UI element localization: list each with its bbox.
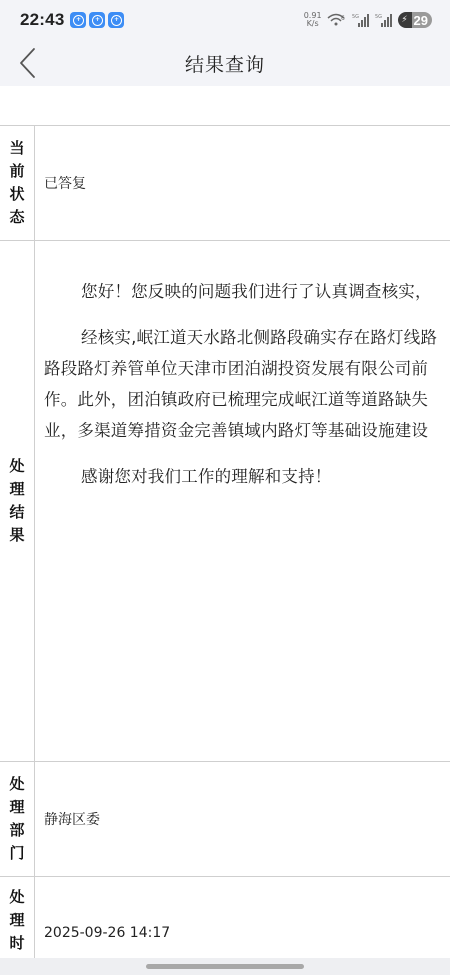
text-line: 路段路灯养管单位天津市团泊湖投资发展有限公司前: [44, 353, 450, 384]
text-line: 作。此外，团泊镇政府已梳理完成岷江道等道路缺失: [44, 384, 450, 415]
svg-text:5G: 5G: [375, 14, 382, 20]
label-char: 处: [9, 886, 24, 909]
status-value: 已答复: [35, 126, 450, 240]
label-char: 处: [9, 455, 24, 478]
label-char: 理: [9, 909, 24, 932]
battery-level: 29: [414, 13, 428, 28]
status-bar: 22:43 + + + 0.91 K/s 6 5G 5G ⚡ 29: [0, 0, 450, 40]
table-row-status: 当 前 状 态 已答复: [0, 126, 450, 241]
row-label-result: 处 理 结 果: [0, 241, 35, 761]
row-label-department: 处 理 部 门: [0, 762, 35, 876]
page-title: 结果查询: [185, 50, 265, 77]
svg-text:5G: 5G: [352, 14, 359, 20]
label-char: 处: [9, 773, 24, 796]
detail-table: 当 前 状 态 已答复 处 理 结 果 您好！您反映的问题我们进行了认真调查核实…: [0, 125, 450, 958]
cellular-signal-icon: 5G: [375, 13, 393, 27]
label-char: 部: [9, 819, 24, 842]
result-paragraph: 感谢您对我们工作的理解和支持！: [44, 461, 450, 492]
table-row-time: 处 理 时 2025-09-26 14:17: [0, 877, 450, 958]
result-text: 您好！您反映的问题我们进行了认真调查核实， 经核实,岷江道天水路北侧路段确实存在…: [35, 241, 450, 761]
time-value: 2025-09-26 14:17: [35, 877, 450, 958]
charging-icon: ⚡: [398, 12, 412, 28]
label-char: 当: [9, 137, 24, 160]
home-indicator[interactable]: [146, 964, 304, 969]
status-indicators: 0.91 K/s 6 5G 5G ⚡ 29: [304, 12, 432, 28]
app-notification-icon: +: [70, 12, 86, 28]
label-char: 结: [9, 501, 24, 524]
label-char: 时: [9, 932, 24, 955]
row-label-status: 当 前 状 态: [0, 126, 35, 240]
label-char: 门: [9, 842, 24, 865]
department-value: 静海区委: [35, 762, 450, 876]
chevron-left-icon: [18, 47, 38, 79]
notification-icons: + + +: [70, 12, 124, 28]
back-button[interactable]: [12, 44, 44, 82]
cellular-signal-icon: 5G: [352, 13, 370, 27]
label-char: 前: [9, 160, 24, 183]
battery-icon: ⚡ 29: [398, 12, 432, 28]
table-row-department: 处 理 部 门 静海区委: [0, 762, 450, 877]
app-notification-icon: +: [89, 12, 105, 28]
table-row-result: 处 理 结 果 您好！您反映的问题我们进行了认真调查核实， 经核实,岷江道天水路…: [0, 241, 450, 762]
text-line: 感谢您对我们工作的理解和支持！: [44, 461, 450, 492]
result-content[interactable]: 当 前 状 态 已答复 处 理 结 果 您好！您反映的问题我们进行了认真调查核实…: [0, 86, 450, 958]
gesture-bar: [0, 958, 450, 975]
status-time: 22:43: [20, 10, 64, 30]
network-speed: 0.91 K/s: [304, 12, 322, 28]
label-char: 理: [9, 796, 24, 819]
row-label-time: 处 理 时: [0, 877, 35, 958]
label-char: 理: [9, 478, 24, 501]
label-char: 状: [9, 183, 24, 206]
result-paragraph: 您好！您反映的问题我们进行了认真调查核实，: [44, 276, 450, 307]
wifi-icon: 6: [327, 13, 347, 27]
svg-text:6: 6: [341, 15, 345, 22]
text-line: 业，多渠道筹措资金完善镇域内路灯等基础设施建设: [44, 415, 450, 446]
label-char: 态: [9, 206, 24, 229]
label-char: 果: [9, 524, 24, 547]
net-speed-unit: K/s: [304, 20, 322, 28]
text-line: 经核实,岷江道天水路北侧路段确实存在路灯线路: [44, 322, 450, 353]
text-line: 您好！您反映的问题我们进行了认真调查核实，: [44, 276, 450, 307]
result-paragraph: 经核实,岷江道天水路北侧路段确实存在路灯线路 路段路灯养管单位天津市团泊湖投资发…: [44, 322, 450, 446]
app-notification-icon: +: [108, 12, 124, 28]
nav-bar: 结果查询: [0, 40, 450, 86]
